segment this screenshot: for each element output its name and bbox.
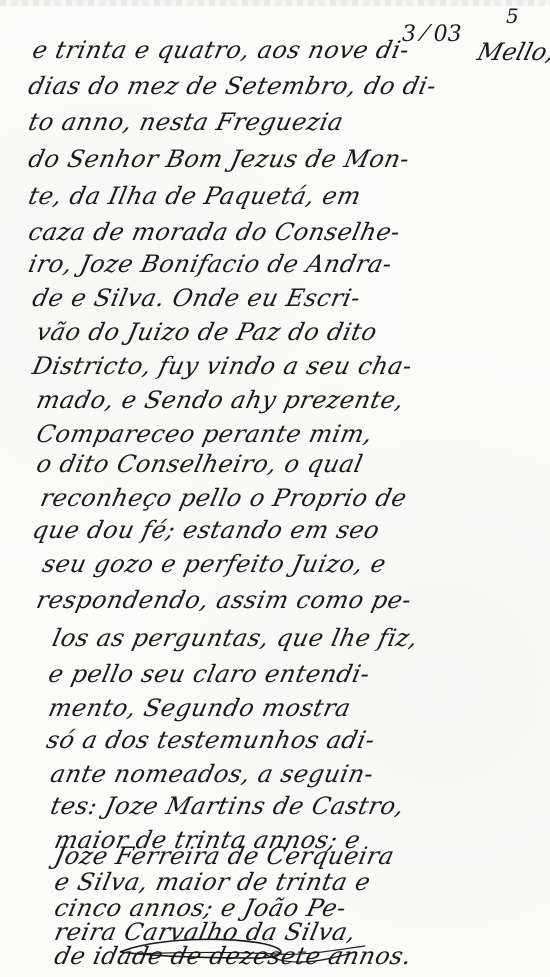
signature-flourish-icon [115,932,375,972]
manuscript-line: ante nomeados, a seguin- [48,760,376,788]
manuscript-line: e trinta e quatro, aos nove di- [30,36,412,64]
manuscript-line: e Silva, maior de trinta e [52,868,373,896]
manuscript-line: vão do Juizo de Paz do dito [34,318,380,346]
manuscript-line: só a dos testemunhos adi- [44,726,378,754]
manuscript-line: caza de morada do Conselhe- [26,218,403,246]
manuscript-line: los as perguntas, que lhe fiz, [50,624,421,652]
folio-number: 5 [506,4,519,28]
manuscript-line: de e Silva. Onde eu Escri- [30,284,363,312]
manuscript-line: to anno, nesta Freguezia [26,108,346,136]
manuscript-line: que dou fé; estando em seo [30,516,382,544]
page-top-edge [0,0,550,6]
manuscript-line: seu gozo e perfeito Juizo, e [40,550,389,578]
margin-name: Mello, [475,38,550,66]
fraction-mark: 3 ⁄ 03 [402,22,462,47]
manuscript-line: respondendo, assim como pe- [34,586,414,614]
manuscript-line: dias do mez de Setembro, do di- [26,72,439,100]
manuscript-line: mado, e Sendo ahy prezente, [34,386,407,414]
manuscript-line: o dito Conselheiro, o qual [34,450,366,478]
manuscript-line: tes: Joze Martins de Castro, [48,792,407,820]
manuscript-line: iro, Joze Bonifacio de Andra- [26,250,395,278]
manuscript-line: te, da Ilha de Paquetá, em [26,182,364,210]
manuscript-line: Joze Ferreira de Cerqueira [52,842,397,870]
manuscript-line: mento, Segundo mostra [46,694,354,722]
manuscript-line: Districto, fuy vindo a seu cha- [30,352,415,380]
manuscript-page: 5 3 ⁄ 03 Mello, e trinta e quatro, aos n… [0,0,550,977]
manuscript-line: e pello seu claro entendi- [46,660,372,688]
manuscript-line: do Senhor Bom Jezus de Mon- [26,145,412,173]
manuscript-line: reconheço pello o Proprio de [38,484,409,512]
manuscript-line: Compareceo perante mim, [34,420,375,448]
